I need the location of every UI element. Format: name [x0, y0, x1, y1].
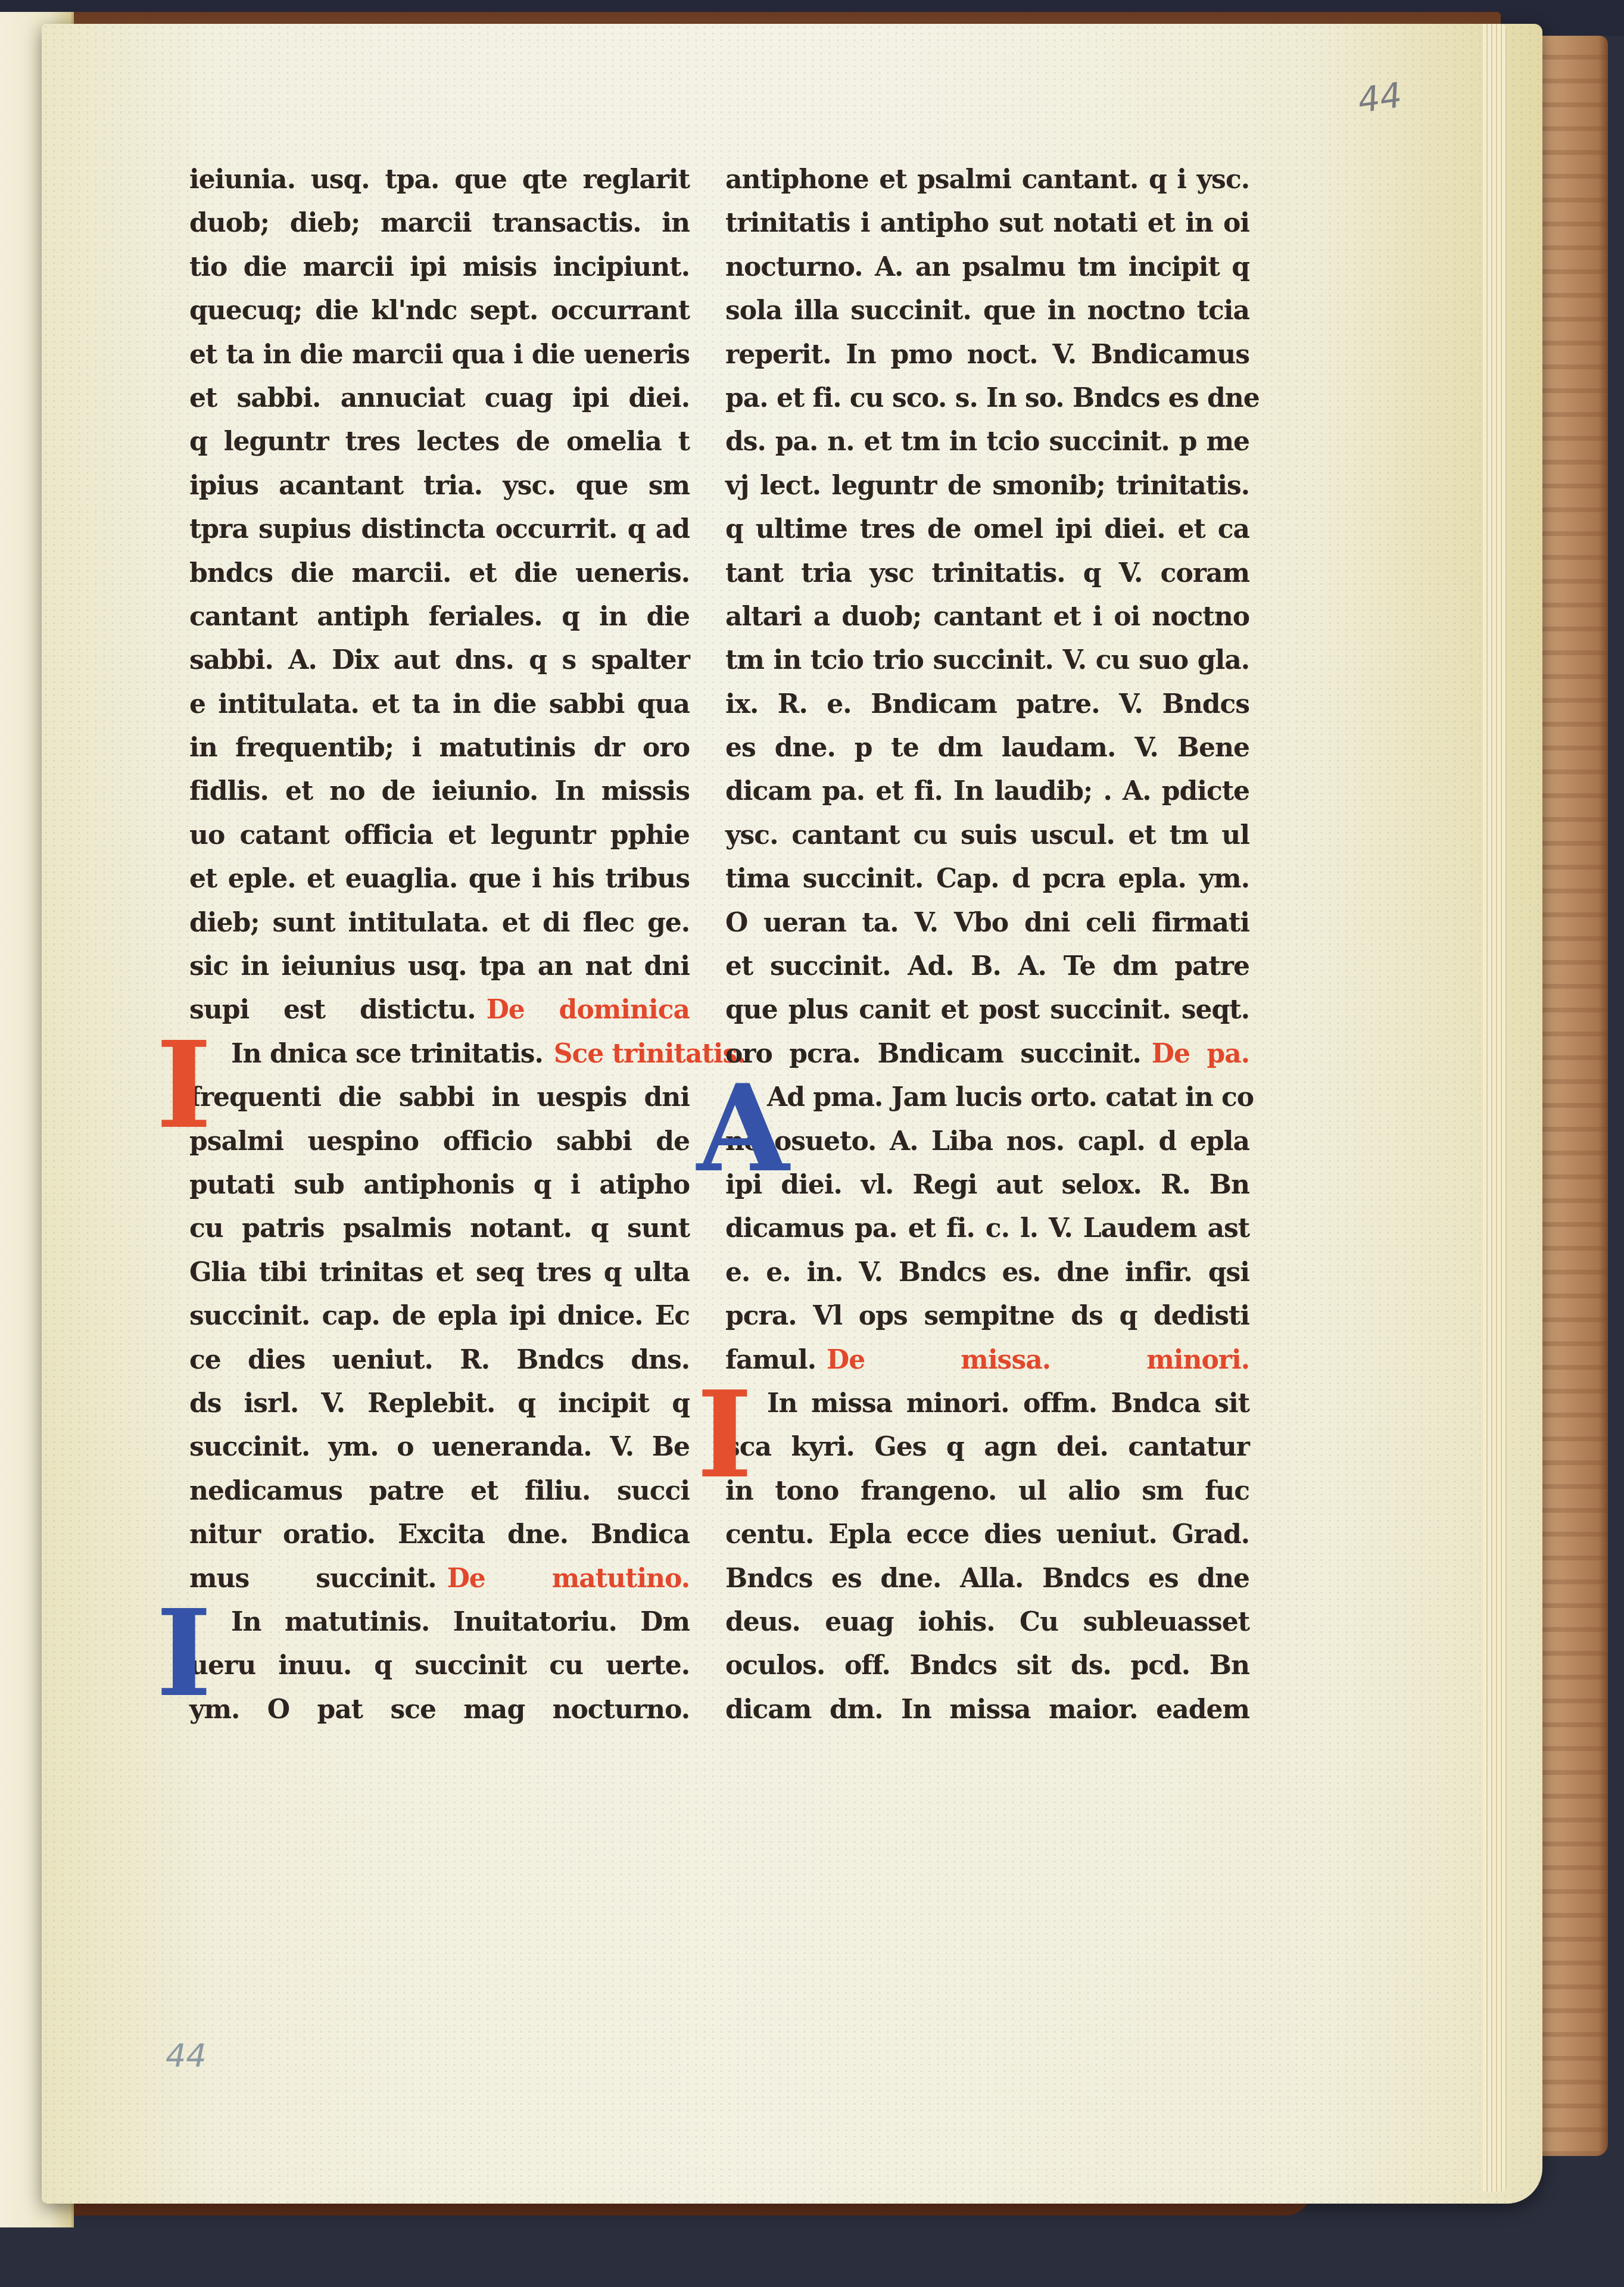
line-text: tio die marcii ipi misis incipiunt.	[189, 252, 690, 282]
folio-number-bottom: 44	[166, 2037, 207, 2074]
text-line: dicamus pa. et fi. c. l. V. Laudem ast	[725, 1207, 1249, 1250]
line-text: trinitatis i antipho sut notati et in oi	[725, 208, 1249, 238]
line-text: centu. Epla ecce dies ueniut. Grad.	[725, 1519, 1249, 1550]
line-text: in frequentib; i matutinis dr oro	[189, 733, 690, 763]
line-text: tm in tcio trio succinit. V. cu suo gla.	[725, 645, 1249, 675]
line-text: In missa minori. offm. Bndca sit	[725, 1388, 1249, 1419]
line-text: pcra. Vl ops sempitne ds q dedisti	[725, 1301, 1249, 1331]
line-text: e. e. in. V. Bndcs es. dne infir. qsi	[725, 1257, 1249, 1288]
line-text: putati sub antiphonis q i atipho	[189, 1170, 690, 1200]
text-line: sabbi. A. Dix aut dns. q s spalter	[189, 638, 690, 682]
text-line: ipius acantant tria. ysc. que sm	[189, 464, 690, 507]
line-text: frequenti die sabbi in uespis dni	[189, 1082, 690, 1113]
initial-letter-i-red: I	[697, 1376, 753, 1495]
text-line: tio die marcii ipi misis incipiunt.	[189, 245, 690, 289]
line-text: altari a duob; cantant et i oi noctno	[725, 602, 1249, 632]
line-text: reperit. In pmo noct. V. Bndicamus	[725, 339, 1249, 370]
text-line: dicam pa. et fi. In laudib; . A. pdicte	[725, 769, 1249, 813]
line-text: q leguntr tres lectes de omelia t	[189, 426, 690, 457]
page-fore-edge	[1483, 24, 1507, 2192]
text-line: sola illa succinit. que in noctno tcia	[725, 289, 1249, 332]
line-text: nocturno. A. an psalmu tm incipit q	[725, 252, 1249, 282]
line-text: Bndcs es dne. Alla. Bndcs es dne	[725, 1563, 1249, 1594]
text-line: ds isrl. V. Replebit. q incipit q	[189, 1382, 690, 1425]
line-text: ipi diei. vl. Regi aut selox. R. Bn	[725, 1170, 1249, 1200]
rubric-heading: De pa.	[1152, 1039, 1249, 1069]
rubric-heading: De missa. minori.	[827, 1345, 1249, 1375]
text-line: pcra. Vl ops sempitne ds q dedisti	[725, 1294, 1249, 1338]
text-line: et succinit. Ad. B. A. Te dm patre	[725, 945, 1249, 988]
line-text: et ta in die marcii qua i die ueneris	[189, 339, 690, 370]
line-text: sic in ieiunius usq. tpa an nat dni	[189, 951, 690, 982]
line-text: no osueto. A. Liba nos. capl. d epla	[725, 1126, 1249, 1157]
text-line: frequenti die sabbi in uespis dni	[189, 1076, 690, 1119]
text-line: in frequentib; i matutinis dr oro	[189, 726, 690, 769]
text-line: nocturno. A. an psalmu tm incipit q	[725, 245, 1249, 289]
text-line: sic in ieiunius usq. tpa an nat dni	[189, 945, 690, 988]
text-line: putati sub antiphonis q i atipho	[189, 1163, 690, 1207]
text-line: mus succinit.De matutino.	[189, 1557, 690, 1600]
text-line: quecuq; die kl'ndc sept. occurrant	[189, 289, 690, 332]
line-text: tima succinit. Cap. d pcra epla. ym.	[725, 864, 1249, 894]
text-line: In missa minori. offm. Bndca sit	[725, 1382, 1249, 1425]
text-column-right: antiphone et psalmi cantant. q i ysc.tri…	[725, 158, 1249, 1731]
line-text: ym. O pat sce mag nocturno.	[189, 1694, 690, 1725]
line-text: et eple. et euaglia. que i his tribus	[189, 864, 690, 894]
text-line: bndcs die marcii. et die ueneris.	[189, 552, 690, 595]
rubric-heading: De matutino.	[447, 1563, 690, 1594]
text-line: supi est distictu.De dominica	[189, 988, 690, 1032]
line-text: in tono frangeno. ul alio sm fuc	[725, 1476, 1249, 1506]
line-text: tpra supius distincta occurrit. q ad	[189, 514, 690, 544]
folio-number-top: 44	[1355, 74, 1405, 121]
text-line: que plus canit et post succinit. seqt.	[725, 988, 1249, 1032]
text-line: e intitulata. et ta in die sabbi qua	[189, 683, 690, 726]
text-line: tima succinit. Cap. d pcra epla. ym.	[725, 857, 1249, 901]
line-text: nitur oratio. Excita dne. Bndica	[189, 1519, 690, 1550]
text-line: ysc. cantant cu suis uscul. et tm ul	[725, 814, 1249, 857]
text-line: in tono frangeno. ul alio sm fuc	[725, 1469, 1249, 1513]
line-text: dicamus pa. et fi. c. l. V. Laudem ast	[725, 1213, 1249, 1244]
line-text: Glia tibi trinitas et seq tres q ulta	[189, 1257, 690, 1288]
text-line: centu. Epla ecce dies ueniut. Grad.	[725, 1513, 1249, 1556]
text-line: cantant antiph feriales. q in die	[189, 595, 690, 638]
line-text: sca kyri. Ges q agn dei. cantatur	[725, 1432, 1249, 1462]
text-line: ym. O pat sce mag nocturno.	[189, 1688, 690, 1731]
line-text: et succinit. Ad. B. A. Te dm patre	[725, 951, 1249, 982]
line-text: tant tria ysc trinitatis. q V. coram	[725, 558, 1249, 588]
text-line: Glia tibi trinitas et seq tres q ulta	[189, 1251, 690, 1294]
initial-letter-i-red: I	[156, 1026, 212, 1145]
text-line: reperit. In pmo noct. V. Bndicamus	[725, 333, 1249, 376]
line-text: ieiunia. usq. tpa. que qte reglarit	[189, 164, 690, 195]
line-text: mus succinit.	[189, 1563, 437, 1594]
text-line: nedicamus patre et filiu. succi	[189, 1469, 690, 1513]
text-line: succinit. ym. o ueneranda. V. Be	[189, 1425, 690, 1469]
line-text: succinit. ym. o ueneranda. V. Be	[189, 1432, 690, 1462]
line-text: Ad pma. Jam lucis orto. catat in co	[725, 1082, 1254, 1113]
line-text: ds. pa. n. et tm in tcio succinit. p me	[725, 426, 1249, 457]
line-text: psalmi uespino officio sabbi de	[189, 1126, 690, 1157]
text-line: cu patris psalmis notant. q sunt	[189, 1207, 690, 1250]
line-text: uo catant officia et leguntr pphie	[189, 820, 690, 850]
line-text: supi est distictu.	[189, 995, 476, 1025]
text-line: tpra supius distincta occurrit. q ad	[189, 507, 690, 551]
text-line: vj lect. leguntr de smonib; trinitatis.	[725, 464, 1249, 507]
text-line: tm in tcio trio succinit. V. cu suo gla.	[725, 638, 1249, 682]
text-line: es dne. p te dm laudam. V. Bene	[725, 726, 1249, 769]
text-line: et sabbi. annuciat cuag ipi diei.	[189, 376, 690, 420]
initial-letter-a-blue: A	[697, 1070, 789, 1189]
text-line: fidlis. et no de ieiunio. In missis	[189, 769, 690, 813]
rubric-heading: De dominica	[487, 995, 690, 1025]
line-text: ce dies ueniut. R. Bndcs dns.	[189, 1345, 690, 1375]
text-line: Ad pma. Jam lucis orto. catat in co	[725, 1076, 1249, 1119]
text-line: trinitatis i antipho sut notati et in oi	[725, 201, 1249, 245]
line-text: duob; dieb; marcii transactis. in	[189, 208, 690, 238]
line-text: dicam dm. In missa maior. eadem	[725, 1694, 1249, 1725]
text-line: et ta in die marcii qua i die ueneris	[189, 333, 690, 376]
text-line: oro pcra. Bndicam succinit.De pa.	[725, 1032, 1249, 1076]
text-line: antiphone et psalmi cantant. q i ysc.	[725, 158, 1249, 201]
line-text: vj lect. leguntr de smonib; trinitatis.	[725, 471, 1249, 501]
line-text: pa. et fi. cu sco. s. In so. Bndcs es dn…	[725, 383, 1260, 413]
text-line: succinit. cap. de epla ipi dnice. Ec	[189, 1294, 690, 1338]
line-text: O ueran ta. V. Vbo dni celi firmati	[725, 908, 1249, 938]
line-text: q ultime tres de omel ipi diei. et ca	[725, 514, 1249, 544]
text-line: ds. pa. n. et tm in tcio succinit. p me	[725, 420, 1249, 463]
text-column-left: ieiunia. usq. tpa. que qte reglaritduob;…	[189, 158, 690, 1731]
line-text: In matutinis. Inuitatoriu. Dm	[189, 1607, 690, 1637]
text-line: famul.De missa. minori.	[725, 1338, 1249, 1382]
text-line: oculos. off. Bndcs sit ds. pcd. Bn	[725, 1644, 1249, 1687]
line-text: cantant antiph feriales. q in die	[189, 602, 690, 632]
text-line: et eple. et euaglia. que i his tribus	[189, 857, 690, 901]
text-line: q ultime tres de omel ipi diei. et ca	[725, 507, 1249, 551]
line-text: In dnica sce trinitatis.	[189, 1039, 543, 1069]
line-text: oculos. off. Bndcs sit ds. pcd. Bn	[725, 1650, 1249, 1681]
line-text: succinit. cap. de epla ipi dnice. Ec	[189, 1301, 690, 1331]
line-text: et sabbi. annuciat cuag ipi diei.	[189, 383, 690, 413]
text-line: Bndcs es dne. Alla. Bndcs es dne	[725, 1557, 1249, 1600]
line-text: que plus canit et post succinit. seqt.	[725, 995, 1249, 1025]
line-text: nedicamus patre et filiu. succi	[189, 1476, 690, 1506]
text-line: dicam dm. In missa maior. eadem	[725, 1688, 1249, 1731]
text-line: ix. R. e. Bndicam patre. V. Bndcs	[725, 683, 1249, 726]
text-line: pa. et fi. cu sco. s. In so. Bndcs es dn…	[725, 376, 1249, 420]
text-line: O ueran ta. V. Vbo dni celi firmati	[725, 901, 1249, 945]
text-line: In dnica sce trinitatis.Sce trinitatis.	[189, 1032, 690, 1076]
text-line: q leguntr tres lectes de omelia t	[189, 420, 690, 463]
line-text: antiphone et psalmi cantant. q i ysc.	[725, 164, 1249, 195]
text-line: tant tria ysc trinitatis. q V. coram	[725, 552, 1249, 595]
line-text: ds isrl. V. Replebit. q incipit q	[189, 1388, 690, 1419]
line-text: ipius acantant tria. ysc. que sm	[189, 471, 690, 501]
line-text: ueru inuu. q succinit cu uerte.	[189, 1650, 690, 1681]
text-line: ipi diei. vl. Regi aut selox. R. Bn	[725, 1163, 1249, 1207]
text-line: dieb; sunt intitulata. et di flec ge.	[189, 901, 690, 945]
text-line: deus. euag iohis. Cu subleuasset	[725, 1600, 1249, 1644]
text-line: ieiunia. usq. tpa. que qte reglarit	[189, 158, 690, 201]
line-text: quecuq; die kl'ndc sept. occurrant	[189, 295, 690, 326]
text-line: uo catant officia et leguntr pphie	[189, 814, 690, 857]
line-text: cu patris psalmis notant. q sunt	[189, 1213, 690, 1244]
line-text: fidlis. et no de ieiunio. In missis	[189, 776, 690, 806]
line-text: sola illa succinit. que in noctno tcia	[725, 295, 1249, 326]
text-line: altari a duob; cantant et i oi noctno	[725, 595, 1249, 638]
line-text: dicam pa. et fi. In laudib; . A. pdicte	[725, 776, 1249, 806]
text-line: e. e. in. V. Bndcs es. dne infir. qsi	[725, 1251, 1249, 1294]
text-line: nitur oratio. Excita dne. Bndica	[189, 1513, 690, 1556]
text-line: no osueto. A. Liba nos. capl. d epla	[725, 1120, 1249, 1163]
line-text: sabbi. A. Dix aut dns. q s spalter	[189, 645, 690, 675]
line-text: bndcs die marcii. et die ueneris.	[189, 558, 690, 588]
text-line: sca kyri. Ges q agn dei. cantatur	[725, 1425, 1249, 1469]
text-line: ce dies ueniut. R. Bndcs dns.	[189, 1338, 690, 1382]
text-line: duob; dieb; marcii transactis. in	[189, 201, 690, 245]
line-text: ix. R. e. Bndicam patre. V. Bndcs	[725, 689, 1249, 719]
line-text: ysc. cantant cu suis uscul. et tm ul	[725, 820, 1249, 850]
line-text: deus. euag iohis. Cu subleuasset	[725, 1607, 1249, 1637]
line-text: e intitulata. et ta in die sabbi qua	[189, 689, 690, 719]
text-line: psalmi uespino officio sabbi de	[189, 1120, 690, 1163]
text-line: ueru inuu. q succinit cu uerte.	[189, 1644, 690, 1687]
line-text: es dne. p te dm laudam. V. Bene	[725, 733, 1249, 763]
line-text: dieb; sunt intitulata. et di flec ge.	[189, 908, 690, 938]
text-line: In matutinis. Inuitatoriu. Dm	[189, 1600, 690, 1644]
initial-letter-i-blue: I	[156, 1594, 212, 1713]
